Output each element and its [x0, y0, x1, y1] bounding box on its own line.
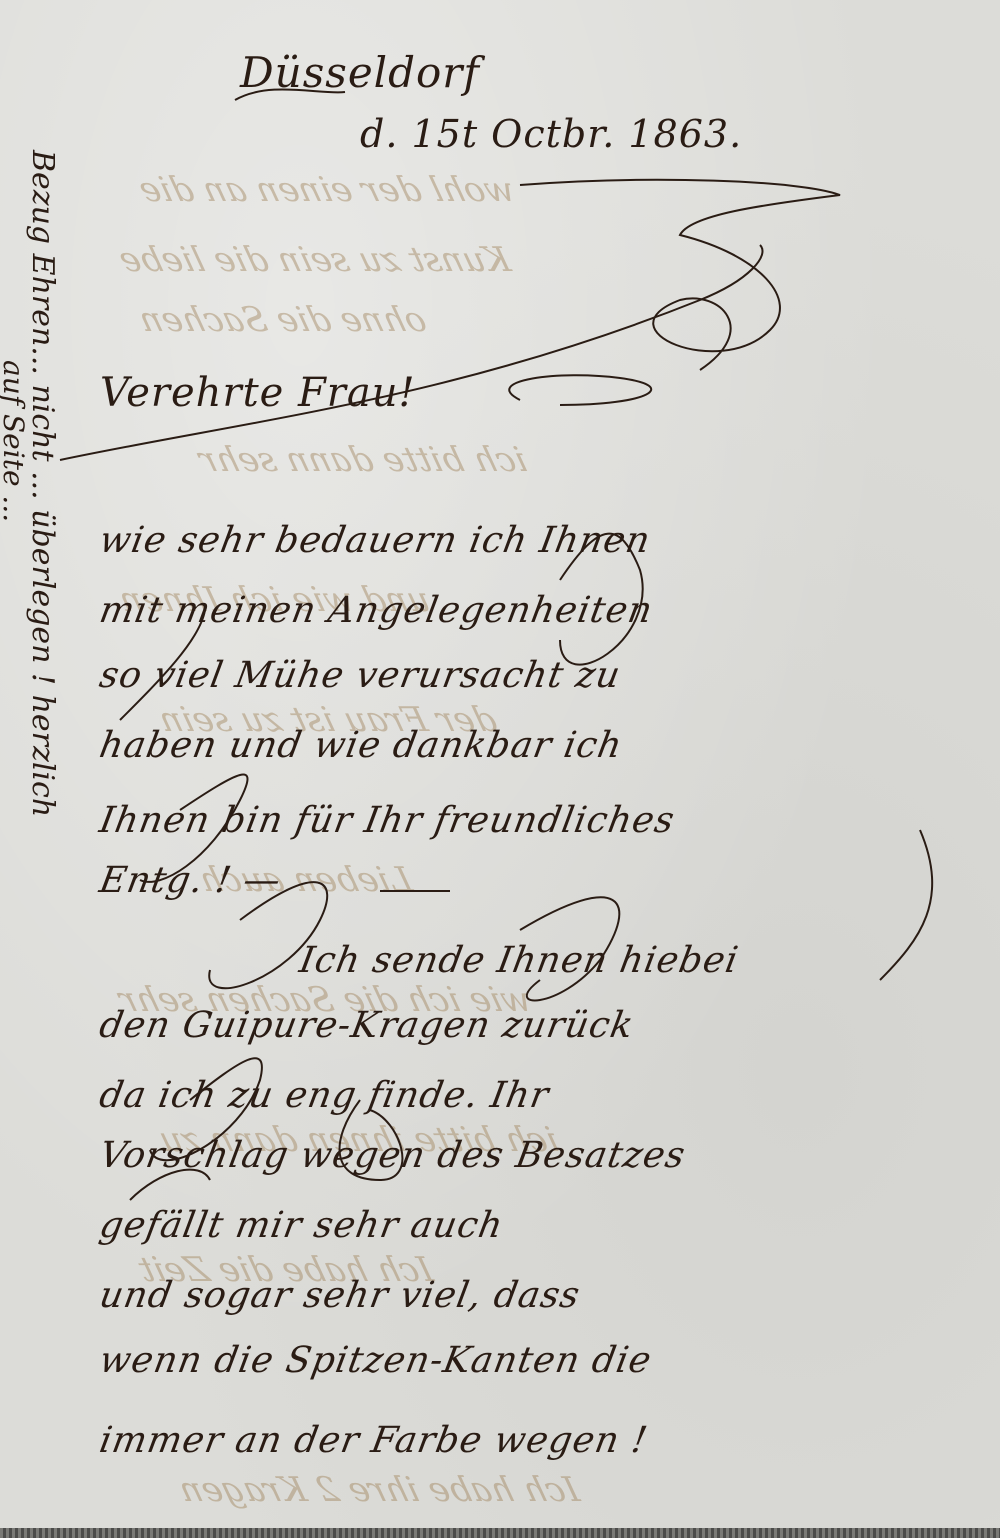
body-line: da ich zu eng finde. Ihr — [96, 1075, 552, 1116]
margin-note-inner: auf Seite ... — [0, 360, 30, 522]
dash-stroke — [380, 890, 450, 892]
photo-bottom-edge — [0, 1528, 1000, 1538]
body-line: haben und wie dankbar ich — [96, 725, 625, 766]
letter-page: wohl der einen an die Kunst zu sein die … — [0, 0, 1000, 1528]
body-line: so viel Mühe verursacht zu — [96, 655, 624, 696]
body-line: gefällt mir sehr auch — [96, 1205, 506, 1246]
body-line: Entg. ! — — [96, 860, 284, 901]
margin-note-outer: Bezug Ehren... nicht ... überlegen ! her… — [25, 150, 60, 817]
letter-place: Düsseldorf — [240, 48, 480, 97]
body-line: mit meinen Angelegenheiten — [96, 590, 656, 631]
body-line: und sogar sehr viel, dass — [96, 1275, 583, 1316]
body-line: wenn die Spitzen-Kanten die — [96, 1340, 655, 1381]
body-line: immer an der Farbe wegen ! — [96, 1420, 651, 1461]
body-line: Vorschlag wegen des Besatzes — [96, 1135, 688, 1176]
body-line: Ich sende Ihnen hiebei — [296, 940, 741, 981]
body-line: wie sehr bedauern ich Ihnen — [96, 520, 653, 561]
body-line: Ihnen bin für Ihr freundliches — [96, 800, 678, 841]
letter-date: d. 15t Octbr. 1863. — [360, 112, 742, 156]
body-line: den Guipure-Kragen zurück — [96, 1005, 637, 1046]
letter-salutation: Verehrte Frau! — [100, 370, 416, 416]
